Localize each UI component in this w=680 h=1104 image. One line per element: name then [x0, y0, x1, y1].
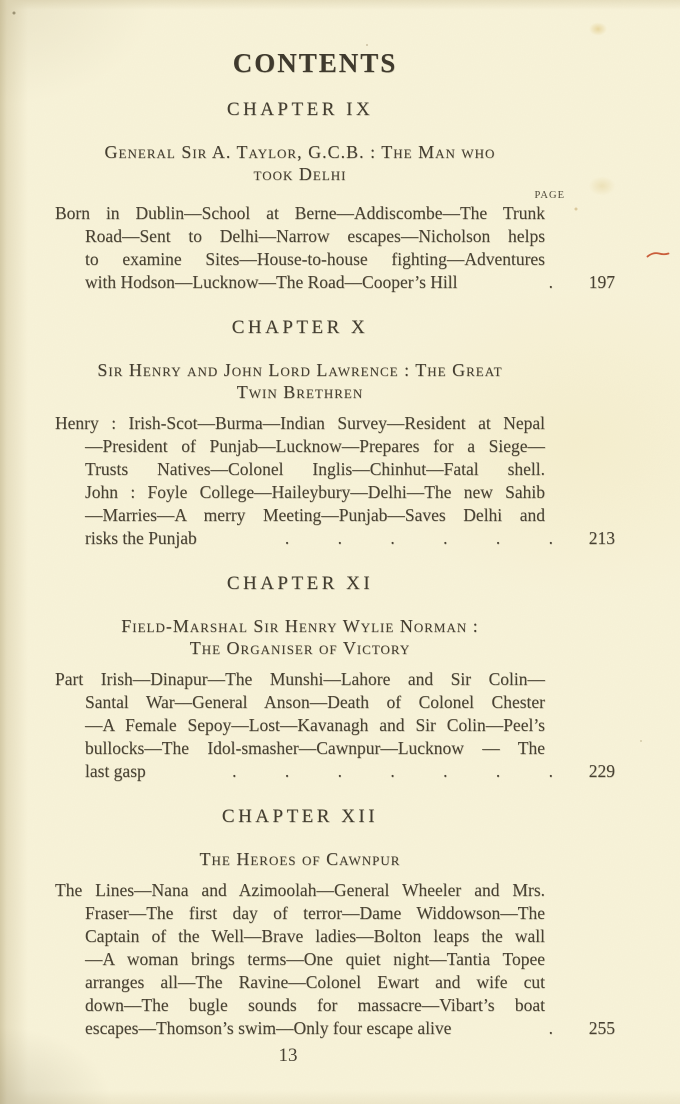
- summary-line: The Lines—Nana and Azimoolah—General Whe…: [55, 879, 545, 902]
- folio-page-number: 13: [43, 1045, 533, 1067]
- chapter-page-number: 213: [581, 527, 615, 550]
- leader-dots: . . . . . .: [285, 527, 553, 550]
- summary-line: Trusts Natives—Colonel Inglis—Chinhut—Fa…: [55, 458, 545, 481]
- page-title: CONTENTS: [55, 50, 575, 76]
- summary-last-line: with Hodson—Lucknow—The Road—Cooper’s Hi…: [55, 271, 615, 294]
- chapter-summary: Henry : Irish-Scot—Burma—Indian Survey—R…: [55, 412, 615, 550]
- chapter-section: CHAPTER X Sir Henry and John Lord Lawren…: [55, 318, 615, 550]
- chapter-section: CHAPTER XII The Heroes of Cawnpur The Li…: [55, 807, 615, 1040]
- summary-last-line: last gasp . . . . . . . 229: [55, 760, 615, 783]
- chapter-heading: CHAPTER XII: [55, 807, 545, 827]
- summary-line: Born in Dublin—School at Berne—Addiscomb…: [55, 202, 545, 225]
- leader-dots: .: [549, 1017, 553, 1040]
- chapter-summary: The Lines—Nana and Azimoolah—General Whe…: [55, 879, 615, 1040]
- chapters-container: CHAPTER IX General Sir A. Taylor, G.C.B.…: [55, 100, 615, 1040]
- chapter-page-number: 197: [581, 271, 615, 294]
- summary-line: Fraser—The first day of terror—Dame Widd…: [55, 902, 545, 925]
- chapter-subtitle: General Sir A. Taylor, G.C.B. : The Man …: [55, 141, 545, 185]
- summary-line: Part Irish—Dinapur—The Munshi—Lahore and…: [55, 668, 545, 691]
- summary-line: arranges all—The Ravine—Colonel Ewart an…: [55, 971, 545, 994]
- chapter-heading: CHAPTER XI: [55, 574, 545, 594]
- summary-last-line: risks the Punjab . . . . . . 213: [55, 527, 615, 550]
- leader-dots: .: [549, 271, 553, 294]
- chapter-subtitle: Field-Marshal Sir Henry Wylie Norman : T…: [55, 615, 545, 659]
- chapter-subtitle: The Heroes of Cawnpur: [55, 848, 545, 870]
- summary-last-text: last gasp: [85, 760, 146, 783]
- chapter-subtitle: Sir Henry and John Lord Lawrence : The G…: [55, 359, 545, 403]
- chapter-summary: Part Irish—Dinapur—The Munshi—Lahore and…: [55, 668, 615, 783]
- page-content: CONTENTS CHAPTER IX General Sir A. Taylo…: [0, 0, 680, 1067]
- chapter-section: CHAPTER IX General Sir A. Taylor, G.C.B.…: [55, 100, 615, 294]
- summary-last-text: escapes—Thomson’s swim—Only four escape …: [85, 1017, 451, 1040]
- leader-dots: . . . . . . .: [232, 760, 553, 783]
- summary-line: —A Female Sepoy—Lost—Kavanagh and Sir Co…: [55, 714, 545, 737]
- summary-line: John : Foyle College—Haileybury—Delhi—Th…: [55, 481, 545, 504]
- chapter-heading: CHAPTER IX: [55, 100, 545, 120]
- chapter-page-number: 255: [581, 1017, 615, 1040]
- summary-line: —A woman brings terms—One quiet night—Ta…: [55, 948, 545, 971]
- chapter-page-number: 229: [581, 760, 615, 783]
- summary-line: Henry : Irish-Scot—Burma—Indian Survey—R…: [55, 412, 545, 435]
- summary-line: Captain of the Well—Brave ladies—Bolton …: [55, 925, 545, 948]
- page-column-label: PAGE: [55, 190, 565, 201]
- summary-last-text: risks the Punjab: [85, 527, 197, 550]
- chapter-summary: Born in Dublin—School at Berne—Addiscomb…: [55, 202, 615, 294]
- summary-line: Road—Sent to Delhi—Narrow escapes—Nichol…: [55, 225, 545, 248]
- summary-line: —President of Punjab—Lucknow—Prepares fo…: [55, 435, 545, 458]
- summary-last-line: escapes—Thomson’s swim—Only four escape …: [55, 1017, 615, 1040]
- summary-line: down—The bugle sounds for massacre—Vibar…: [55, 994, 545, 1017]
- summary-line: to examine Sites—House-to-house fighting…: [55, 248, 545, 271]
- chapter-section: CHAPTER XI Field-Marshal Sir Henry Wylie…: [55, 574, 615, 783]
- summary-line: —Marries—A merry Meeting—Punjab—Saves De…: [55, 504, 545, 527]
- book-page: CONTENTS CHAPTER IX General Sir A. Taylo…: [0, 0, 680, 1104]
- chapter-heading: CHAPTER X: [55, 318, 545, 338]
- summary-line: bullocks—The Idol-smasher—Cawnpur—Luckno…: [55, 737, 545, 760]
- summary-last-text: with Hodson—Lucknow—The Road—Cooper’s Hi…: [85, 271, 458, 294]
- summary-line: Santal War—General Anson—Death of Colone…: [55, 691, 545, 714]
